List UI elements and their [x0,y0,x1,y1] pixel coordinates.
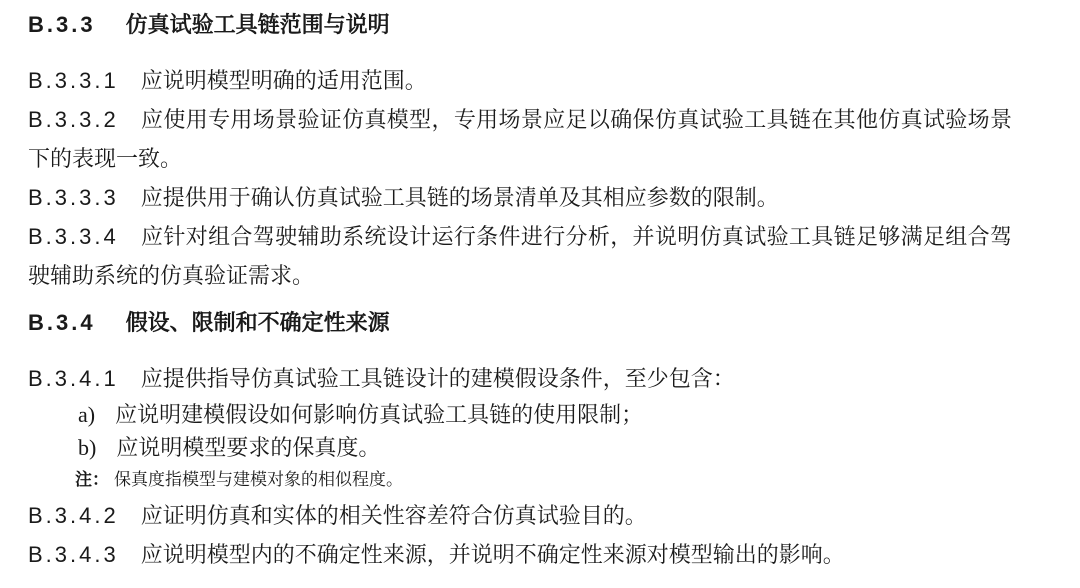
document-page: B.3.3仿真试验工具链范围与说明 B.3.3.1应说明模型明确的适用范围。 B… [28,13,1012,574]
clause-text: 应针对组合驾驶辅助系统设计运行条件进行分析，并说明仿真试验工具链足够满足组合驾驶… [28,224,1012,288]
clause-b3-3-2: B.3.3.2应使用专用场景验证仿真模型，专用场景应足以确保仿真试验工具链在其他… [28,100,1012,178]
clause-text: 应使用专用场景验证仿真模型，专用场景应足以确保仿真试验工具链在其他仿真试验场景下… [28,107,1012,171]
list-item-text: 应说明模型要求的保真度。 [116,435,380,460]
clause-text: 应提供指导仿真试验工具链设计的建模假设条件，至少包含： [141,366,735,391]
clause-number: B.3.3.1 [28,68,119,93]
clause-b3-3-3: B.3.3.3应提供用于确认仿真试验工具链的场景清单及其相应参数的限制。 [28,178,1012,217]
note-label: 注： [75,470,109,489]
clause-text: 应说明模型明确的适用范围。 [141,68,427,93]
clause-text: 应证明仿真和实体的相关性容差符合仿真试验目的。 [141,503,647,528]
section-title: 假设、限制和不确定性来源 [126,310,390,335]
clause-number: B.3.4.3 [28,542,119,567]
clause-b3-3-4: B.3.3.4应针对组合驾驶辅助系统设计运行条件进行分析，并说明仿真试验工具链足… [28,217,1012,295]
list-item-b: b)应说明模型要求的保真度。 [28,431,1012,464]
section-title: 仿真试验工具链范围与说明 [126,12,390,37]
clause-text: 应说明模型内的不确定性来源，并说明不确定性来源对模型输出的影响。 [141,542,845,567]
clause-b3-4-2: B.3.4.2应证明仿真和实体的相关性容差符合仿真试验目的。 [28,496,1012,535]
clause-number: B.3.4.2 [28,503,119,528]
clause-text: 应提供用于确认仿真试验工具链的场景清单及其相应参数的限制。 [141,185,779,210]
clause-number: B.3.3.4 [28,224,119,249]
note-text: 保真度指模型与建模对象的相似程度。 [114,470,403,489]
clause-number: B.3.3.3 [28,185,119,210]
section-number: B.3.4 [28,310,96,335]
section-heading-b33: B.3.3仿真试验工具链范围与说明 [28,13,1012,37]
clause-number: B.3.4.1 [28,366,119,391]
list-item-a: a)应说明建模假设如何影响仿真试验工具链的使用限制； [28,398,1012,431]
clause-b3-4-1: B.3.4.1应提供指导仿真试验工具链设计的建模假设条件，至少包含： [28,359,1012,398]
clause-b3-4-3: B.3.4.3应说明模型内的不确定性来源，并说明不确定性来源对模型输出的影响。 [28,535,1012,574]
note-line: 注：保真度指模型与建模对象的相似程度。 [28,464,1012,496]
list-marker: a) [78,402,95,427]
clause-number: B.3.3.2 [28,107,119,132]
list-item-text: 应说明建模假设如何影响仿真试验工具链的使用限制； [115,402,643,427]
section-heading-b34: B.3.4假设、限制和不确定性来源 [28,311,1012,335]
section-number: B.3.3 [28,12,96,37]
list-marker: b) [78,435,96,460]
clause-b3-3-1: B.3.3.1应说明模型明确的适用范围。 [28,61,1012,100]
